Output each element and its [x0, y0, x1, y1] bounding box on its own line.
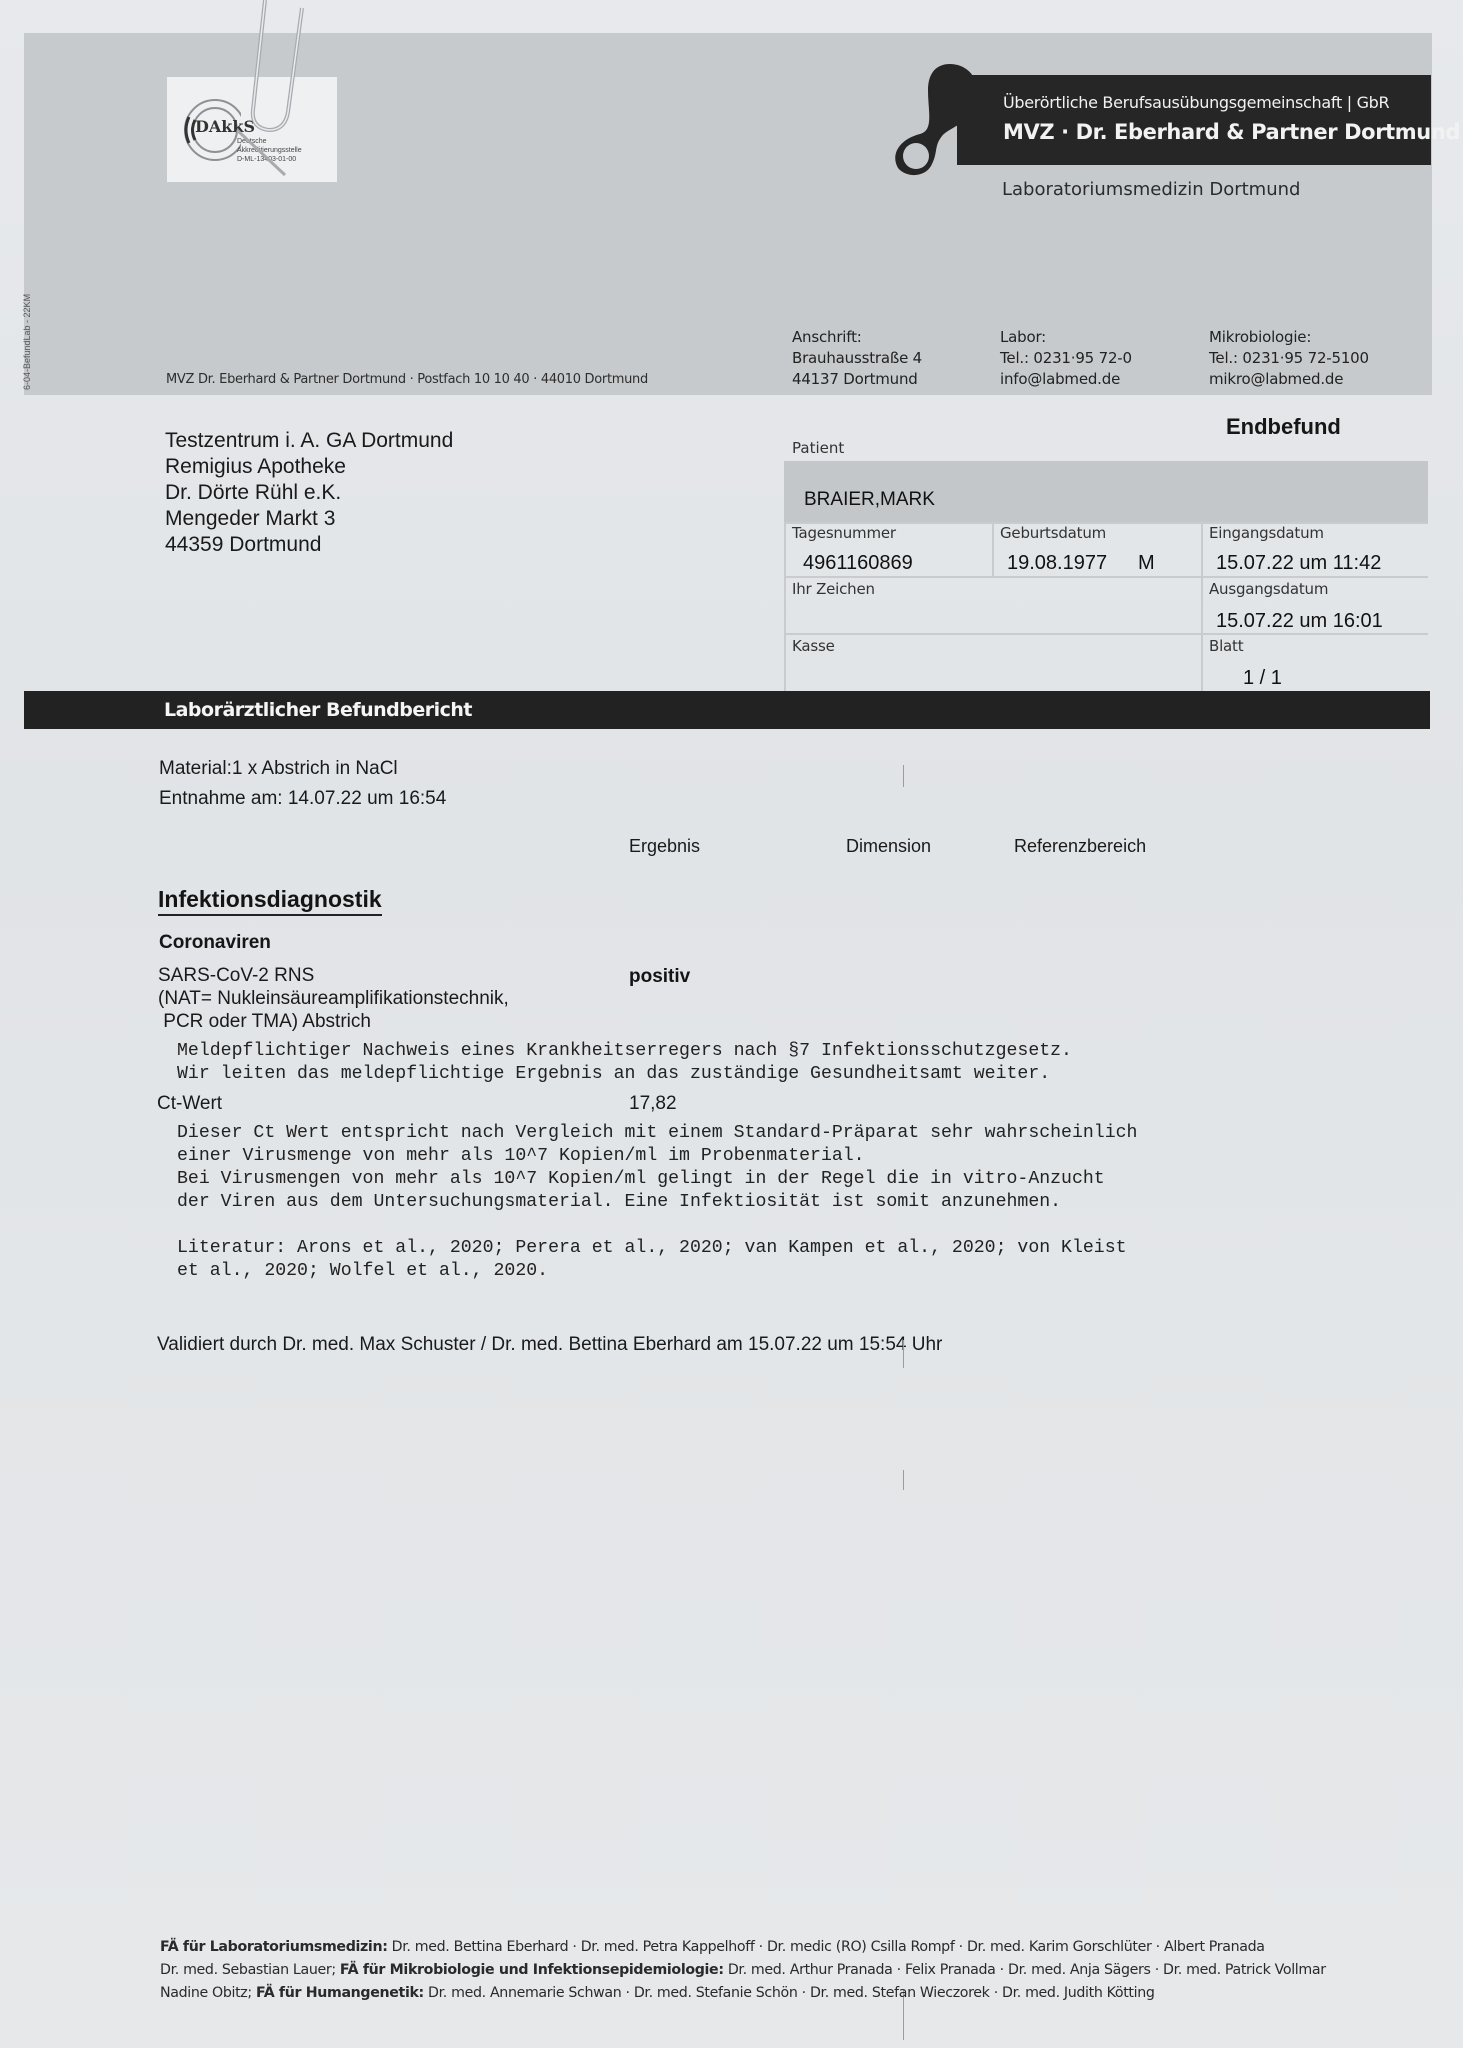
sender-return-address: MVZ Dr. Eberhard & Partner Dortmund · Po…	[166, 372, 648, 387]
test-name-ct-value: Ct-Wert	[157, 1093, 222, 1115]
birth-date-label: Geburtsdatum	[1000, 524, 1106, 542]
organization-name: MVZ · Dr. Eberhard & Partner Dortmund	[1003, 120, 1460, 144]
issued-date-label: Ausgangsdatum	[1209, 580, 1328, 598]
patient-label: Patient	[792, 439, 844, 457]
footer-line: Dr. med. Sebastian Lauer; FÄ für Mikrobi…	[160, 1959, 1326, 1982]
column-header-result: Ergebnis	[629, 836, 700, 857]
sheet-label: Blatt	[1209, 637, 1243, 655]
test-result-sars-cov-2: positiv	[629, 966, 690, 988]
test-note-notifiable: Meldepflichtiger Nachweis eines Krankhei…	[177, 1040, 1072, 1086]
insurance-label: Kasse	[792, 637, 835, 655]
organization-type: Überörtliche Berufsausübungsgemeinschaft…	[1003, 93, 1389, 112]
divider	[1201, 522, 1203, 691]
birth-date-value: 19.08.1977	[1007, 552, 1107, 575]
test-result-ct-value: 17,82	[629, 1093, 677, 1115]
divider	[992, 522, 994, 576]
report-status: Endbefund	[1226, 414, 1341, 440]
test-subcategory: Coronaviren	[159, 932, 271, 954]
contact-address: Anschrift: Brauhausstraße 4 44137 Dortmu…	[792, 327, 922, 390]
report-section-title: Laborärztlicher Befundbericht	[164, 699, 472, 721]
validation-statement: Validiert durch Dr. med. Max Schuster / …	[157, 1334, 942, 1356]
column-header-unit: Dimension	[846, 836, 931, 857]
divider	[784, 522, 786, 691]
column-header-reference: Referenzbereich	[1014, 836, 1146, 857]
day-number-label: Tagesnummer	[792, 524, 896, 542]
recipient-address: Testzentrum i. A. GA Dortmund Remigius A…	[165, 428, 453, 558]
contact-lab: Labor: Tel.: 0231·95 72-0 info@labmed.de	[1000, 327, 1132, 390]
microbiology-email-link[interactable]: mikro@labmed.de	[1209, 369, 1369, 390]
divider	[784, 633, 1428, 635]
footer-line: Nadine Obitz; FÄ für Humangenetik: Dr. m…	[160, 1982, 1326, 2005]
fold-mark	[903, 1340, 904, 1368]
organization-subtitle: Laboratoriumsmedizin Dortmund	[1002, 179, 1300, 200]
organization-name-box: Überörtliche Berufsausübungsgemeinschaft…	[957, 75, 1431, 165]
sex-value: M	[1138, 552, 1155, 575]
footer-physicians: FÄ für Laboratoriumsmedizin: Dr. med. Be…	[160, 1936, 1326, 2005]
fold-mark	[903, 1470, 904, 1490]
sampling-date: Entnahme am: 14.07.22 um 16:54	[159, 788, 446, 810]
received-date-label: Eingangsdatum	[1209, 524, 1324, 542]
contact-microbiology: Mikrobiologie: Tel.: 0231·95 72-5100 mik…	[1209, 327, 1369, 390]
material: Material:1 x Abstrich in NaCl	[159, 758, 398, 780]
test-name-sars-cov-2: SARS-CoV-2 RNS (NAT= Nukleinsäureamplifi…	[158, 964, 509, 1033]
sheet-value: 1 / 1	[1243, 667, 1282, 690]
patient-name: BRAIER,MARK	[804, 489, 935, 511]
test-category: Infektionsdiagnostik	[158, 886, 382, 916]
issued-date-value: 15.07.22 um 16:01	[1216, 610, 1383, 633]
report-section-bar: Laborärztlicher Befundbericht	[24, 691, 1430, 729]
paperclip-icon	[225, 0, 315, 180]
divider	[784, 576, 1428, 578]
your-reference-label: Ihr Zeichen	[792, 580, 875, 598]
footer-line: FÄ für Laboratoriumsmedizin: Dr. med. Be…	[160, 1936, 1326, 1959]
lab-email-link[interactable]: info@labmed.de	[1000, 369, 1132, 390]
test-note-ct-value: Dieser Ct Wert entspricht nach Vergleich…	[177, 1122, 1137, 1283]
received-date-value: 15.07.22 um 11:42	[1216, 552, 1381, 575]
form-code: 6-04-BefundLab - 22KM	[22, 294, 32, 390]
day-number-value: 4961160869	[803, 552, 913, 575]
fold-mark	[903, 765, 904, 787]
patient-name-bar: BRAIER,MARK	[784, 461, 1428, 523]
